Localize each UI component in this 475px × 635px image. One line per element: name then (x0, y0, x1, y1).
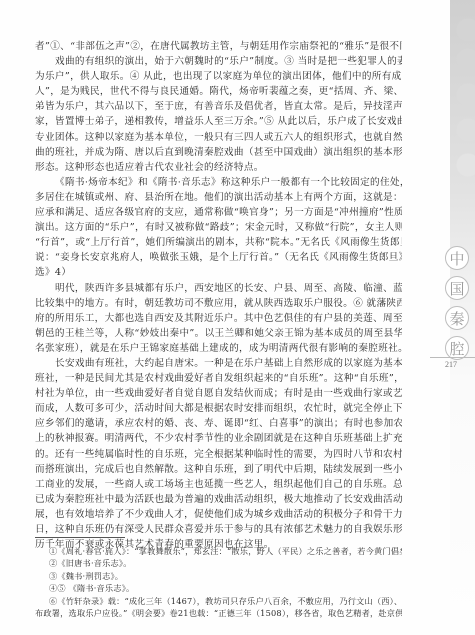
text-line: 为乐户”，供人取乐。④ 从此，也出现了以家庭为单位的演出团体，他们中的所有成员通… (35, 69, 402, 84)
text-line: 说：“妾身长安京兆府人，唤做张玉娥，是个上厅行首。”（无名氏《风雨像生货郎旦》，… (35, 250, 402, 265)
page-number-divider (430, 357, 475, 358)
footnote: 布政署，选取乐户应役。”《明会要》卷21也载：“正德三年（1508），移各省，取… (35, 607, 402, 619)
title-char: 国 (445, 276, 469, 300)
footnote: ①《周礼·春官·旄人》：“掌教舞散乐”，郑玄注：“散乐，野人（平民）之乐之善者，… (35, 545, 402, 557)
text-line: 戏曲的有组织的演出，始于六朝魏时的“乐户”制度。③ 当时是把一些犯罪人的妻子“配 (35, 54, 402, 69)
text-line: 应承和满足、适应各级官府的支应，通常称做“唤官身”；另一方面是“冲州撞府”性质的… (35, 205, 402, 220)
text-line: 选》4） (35, 265, 402, 280)
text-line: 家，皆置博士弟子，递相教传，增益乐人至三万余。”⑤ 从此以后，乐户成了长安戏曲演… (35, 114, 402, 129)
text-line: 演出。这方面的“乐户”，有时又被称做“路歧”；宋金元时，又称做“行院”，女主人则… (35, 220, 402, 235)
text-line: 形态。这种形态也适应着古代农业社会的经济特点。 (35, 160, 402, 175)
text-line: 日，这种自乐班仍有深受人民群众喜爱并乐于参与的具有浓郁艺术魅力的自我娱乐形式。秦… (35, 522, 402, 537)
text-line: 而搭班演出，完成后也自然解散。这种自乐班，到了明代中后期，陆续发展到一些小城镇。… (35, 462, 402, 477)
text-line: 者”①、“非部伍之声”②，在唐代属教坊主管，与朝廷用作宗庙祭祀的“雅乐”是很不同… (35, 39, 402, 54)
text-line: 专业团体。这种以家庭为基本单位，一般只有三四人或五六人的组织形式，也就自然成为长… (35, 130, 402, 145)
text-line: 的。还有一些纯属临时性的自乐班，完全根据某种临时性的需要，为四时八节和农村的村社… (35, 447, 402, 462)
text-line: 而成，人数可多可少，活动时间大都是根据农时安排而组织，农忙时，就完全停止下来。有… (35, 401, 402, 416)
footnote: ②《旧唐书·音乐志》。 (35, 557, 402, 569)
text-line: 名张家班），就是在乐户王锦家庭基础上建成的，成为明清两代很有影响的秦腔班社。 (35, 341, 402, 356)
footnote: ③《魏书·刑罚志》。 (35, 570, 402, 582)
text-line: 比较集中的地方。有时，朝廷教坊司不敷应用，就从陕西选取乐户服役。⑥ 就藩陕西西安… (35, 296, 402, 311)
footnote: ⑥《竹轩杂录》载：“成化三年（1467），教坊司只存乐户八百余，不敷应用，乃行文… (35, 595, 402, 607)
body-text: 者”①、“非部伍之声”②，在唐代属教坊主管，与朝廷用作宗庙祭祀的“雅乐”是很不同… (35, 39, 402, 552)
text-line: 人”，是为贱民，世代不得与良民通婚。隋代，炀帝听裴蕴之奏，更“括周、齐、梁、陈乐… (35, 84, 402, 99)
text-line: 曲的班社，并成为隋、唐以后直到晚清秦腔戏曲（甚至中国戏曲）演出组织的基本形式和重… (35, 145, 402, 160)
text-line: 多居住在城镇或州、府、县治所在地。他们的演出活动基本上有两个方面，这就是：一方面… (35, 190, 402, 205)
book-page: 者”①、“非部伍之声”②，在唐代属教坊主管，与朝廷用作宗庙祭祀的“雅乐”是很不同… (0, 0, 475, 635)
footnote-divider (35, 537, 125, 538)
footnote: ④⑤ 《隋书·音乐志》。 (35, 582, 402, 594)
text-line: 弟皆为乐户，其六品以下，至于庶，有善音乐及倡优者，皆直太常。是后，异技淫声，咸萃… (35, 99, 402, 114)
text-line: 《隋书·炀帝本纪》和《隋书·音乐志》称这种乐户一般都有一个比较固定的住处，即大 (35, 175, 402, 190)
text-line: 府的所用乐工，大都也选自西安及其附近乐户。其中色艺俱佳的有户县的美莲、周至的王兰… (35, 311, 402, 326)
text-line: 班社，一种是民间尤其是农村戏曲爱好者自发组织起来的“自乐班”。这种“自乐班”，一… (35, 371, 402, 386)
text-line: 上的秋神报赛。明清两代，不少农村季节性的业余剧团就是在这种自乐班基础上扩充发展而… (35, 431, 402, 446)
footnotes: ①《周礼·春官·旄人》：“掌教舞散乐”，郑玄注：“散乐，野人（平民）之乐之善者，… (35, 545, 402, 619)
text-line: 村社为单位，由一些戏曲爱好者自觉自愿自发结伙而成；有时是由一些戏曲行家或艺人领头… (35, 386, 402, 401)
text-line: “行首”，或“上厅行首”，她们所编演出的剧本，共称“院本。”无名氏《风雨像生货郎… (35, 235, 402, 250)
title-char: 中 (445, 246, 469, 270)
text-line: 明代，陕西许多县城都有乐户，西安地区的长安、户县、周至、高陵、临潼、蓝田都是乐户 (35, 281, 402, 296)
text-line: 朝邑的王桂兰等，人称“妙妓出秦中”。以王兰卿和她父亲王锦为基本成员的周至县华庆班… (35, 326, 402, 341)
running-title: 中 国 秦 腔 (444, 246, 470, 360)
page-number: 217 (445, 360, 457, 369)
text-line: 展，也有效地培养了不少戏曲人才，促使他们成为城乡戏曲活动的积极分子和骨干力量。时… (35, 507, 402, 522)
title-char: 秦 (445, 306, 469, 330)
text-line: 已成为秦腔班社中最为活跃也最为普遍的戏曲活动组织，极大地推动了长安戏曲活动的迅速… (35, 492, 402, 507)
text-line: 工商业的发展，一些商人或工场场主也延揽一些艺人，组织起他们自己的自乐班。总之，自… (35, 477, 402, 492)
text-line: 长安戏曲有班社，大约起自唐宋。一种是在乐户基础上自然形成的以家庭为基本演出单位的 (35, 356, 402, 371)
text-line: 应乡邻们的邀请，承应农村的婚、丧、寿、诞即“红、白喜事”的演出；有时也参加农村庙… (35, 416, 402, 431)
